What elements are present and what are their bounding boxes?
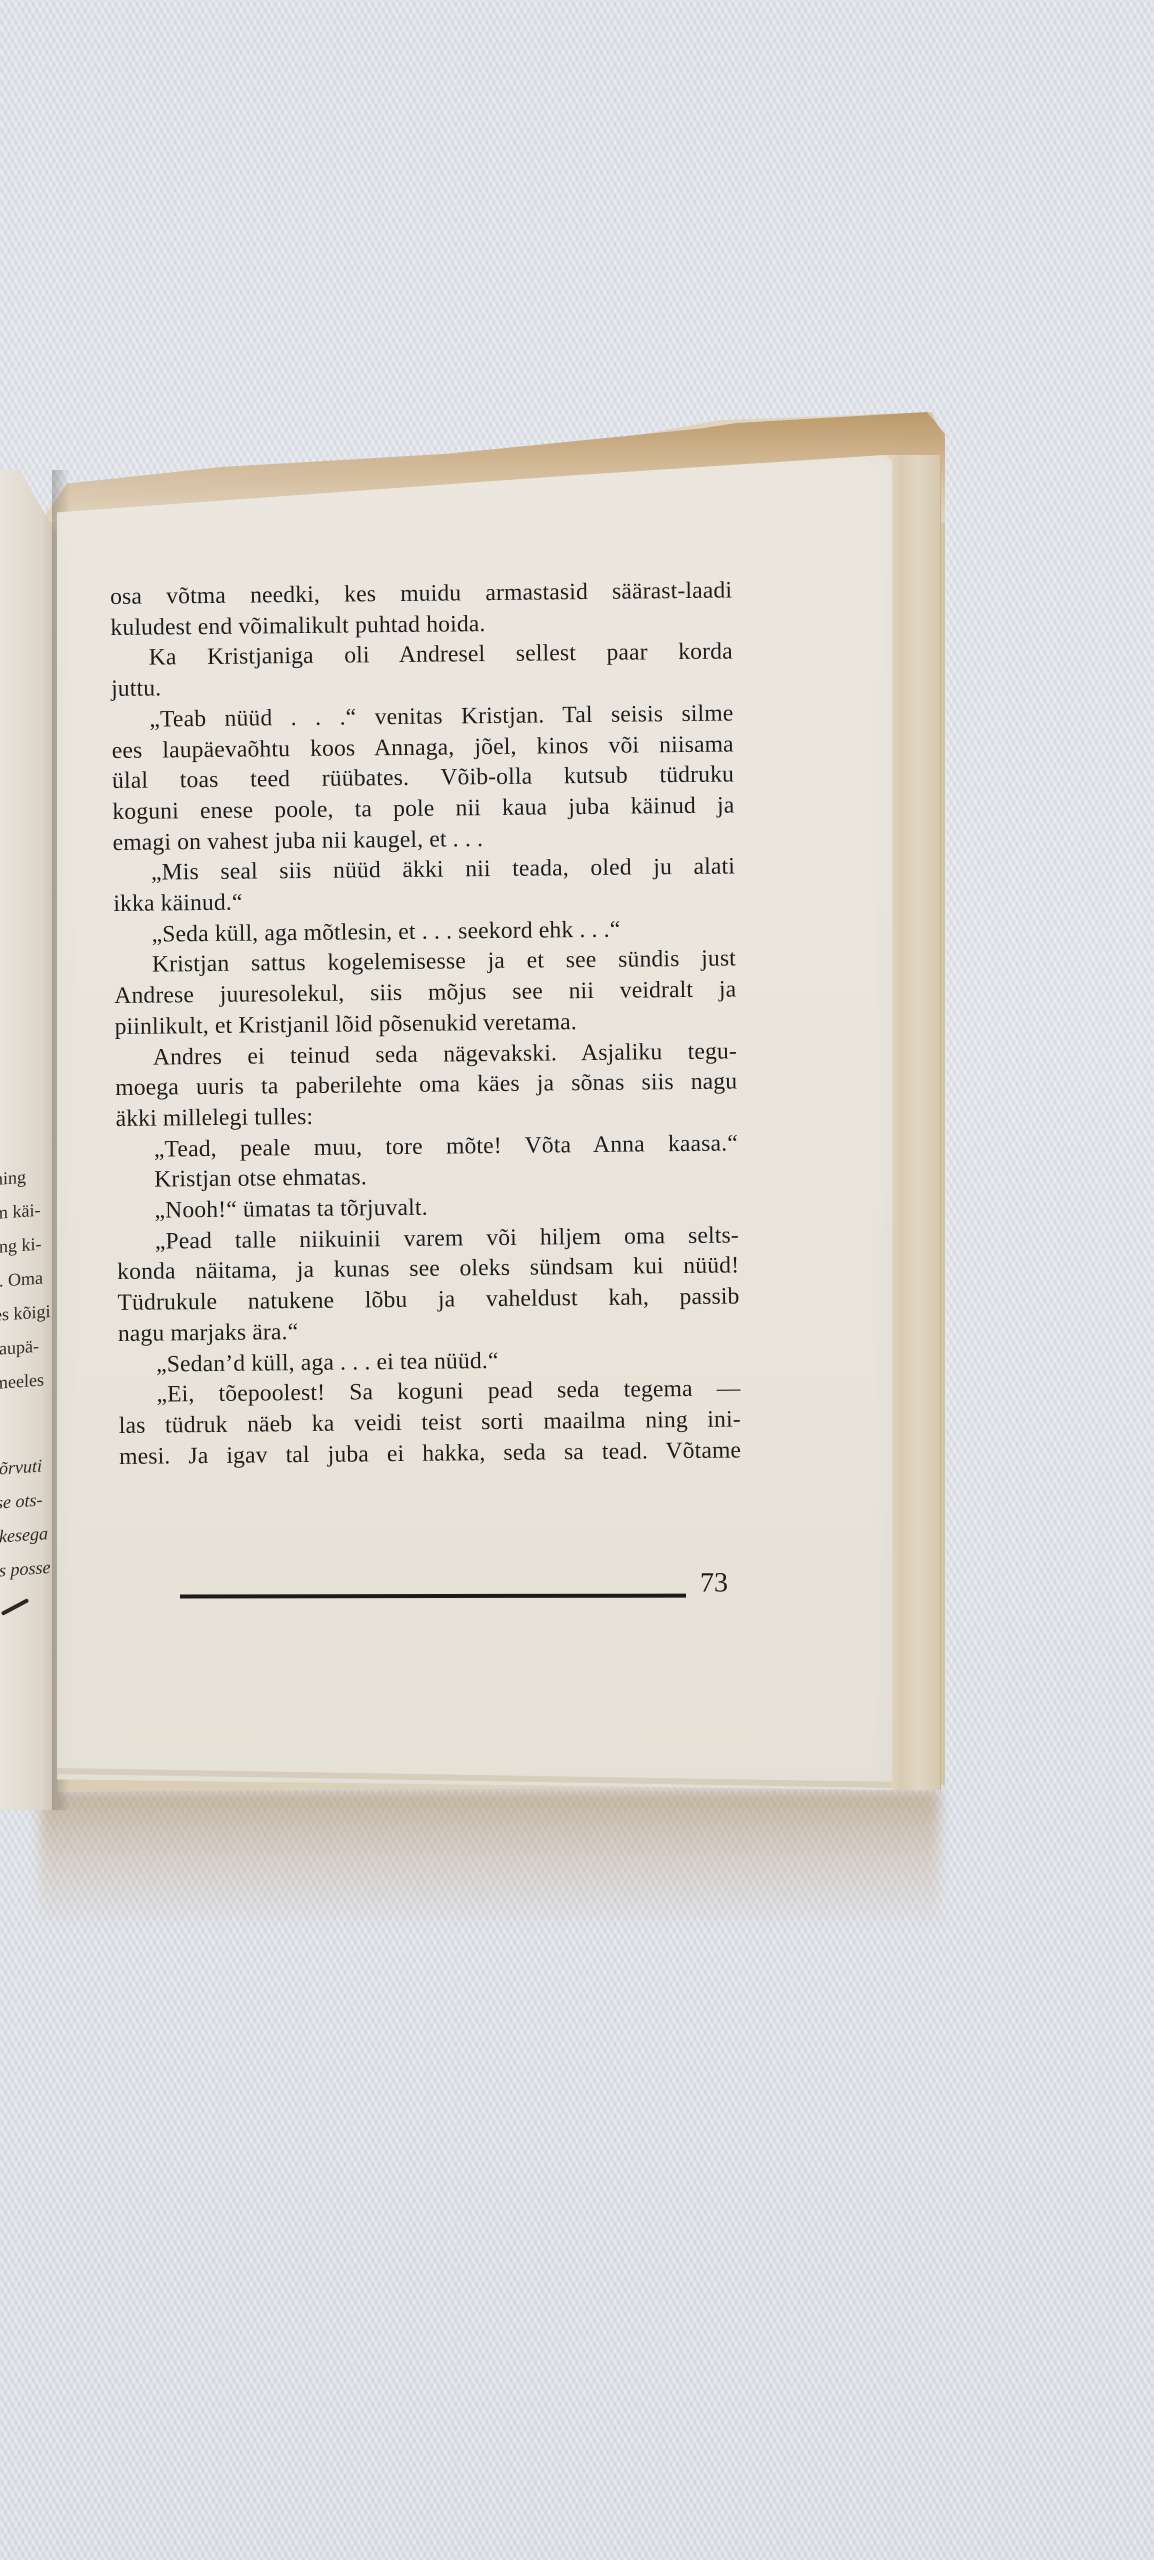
left-page-text-upper: ningm käi-ing ki-t. Omaes kõigilaupä-mee… [0,1158,50,1400]
left-page-fragment: ise ots- [0,1482,50,1520]
left-page-fragment: ekesega [0,1516,50,1554]
text-line: Tüdrukule natukene lõbu ja vaheldust kah… [117,1282,739,1319]
text-line: koguni enese poole, ta pole nii kaua jub… [112,790,734,827]
page-body-text: osa võtma needki, kes muidu armastasid s… [110,575,741,1472]
left-page-text-lower: kõrvutiise ots-ekesegaes posse [0,1448,50,1588]
page-stack-edge [884,455,941,1790]
left-page-fragment: m käi- [0,1192,50,1230]
page-number: 73 [700,1568,728,1600]
footer-rule [180,1594,686,1599]
text-line: mesi. Ja igav tal juba ei hakka, seda sa… [119,1435,741,1472]
text-line: osa võtma needki, kes muidu armastasid s… [110,575,732,612]
left-page-fragment: es kõigi [0,1294,50,1332]
left-page-footer-rule [1,1598,29,1616]
book-shadow [40,1790,940,1930]
left-page-fragment: ing ki- [0,1226,50,1264]
left-facing-page: ningm käi-ing ki-t. Omaes kõigilaupä-mee… [0,470,58,1810]
left-page-fragment: ning [0,1158,50,1196]
text-line: Andrese juuresolekul, siis mõjus see nii… [114,975,736,1012]
text-line: „Mis seal siis nüüd äkki nii teada, oled… [113,852,735,889]
left-page-fragment: kõrvuti [0,1448,50,1486]
page-footer: 73 [180,1568,740,1609]
left-page-fragment: meeles [0,1362,50,1400]
left-page-fragment: laupä- [0,1328,50,1366]
left-page-fragment: t. Oma [0,1260,50,1298]
text-line: moega uuris ta paberilehte oma käes ja s… [115,1067,737,1104]
left-page-fragment: es posse [0,1550,50,1588]
